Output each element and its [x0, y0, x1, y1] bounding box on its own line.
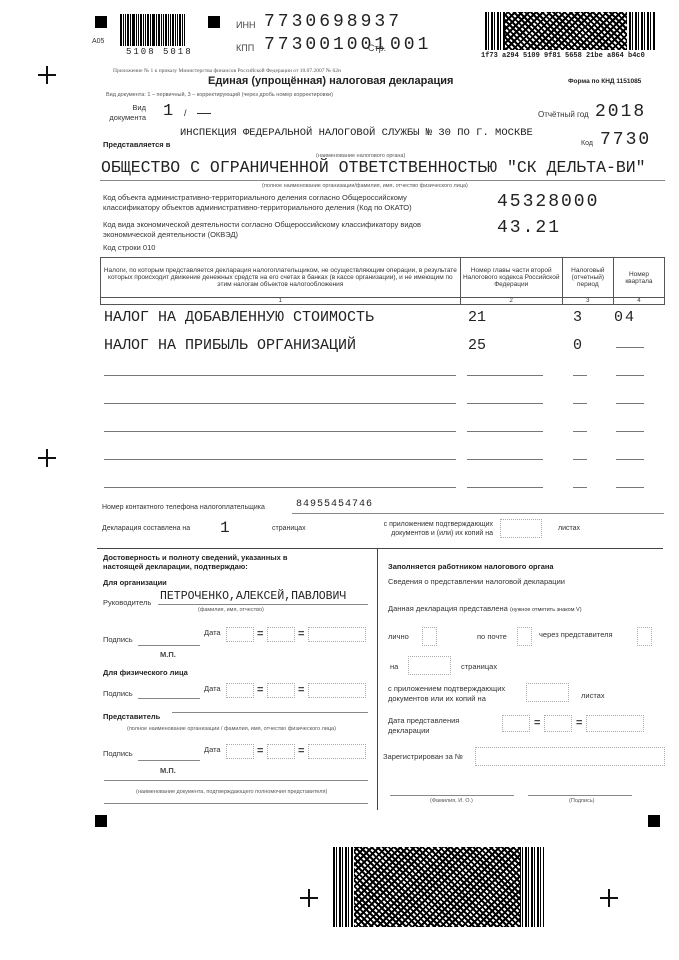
pdf417-barcode-top [485, 12, 655, 50]
col-num-2: 2 [460, 298, 562, 305]
col-num-1: 1 [101, 298, 461, 305]
empty-row-field [616, 403, 644, 404]
phone-underline [292, 513, 664, 514]
date-day-field[interactable] [226, 627, 254, 642]
for-org-label: Для организации [103, 578, 167, 587]
okato-value: 45328000 [497, 192, 599, 212]
date-month-field[interactable] [267, 683, 295, 698]
table-row-period: 3 [573, 309, 582, 326]
head-underline [158, 604, 368, 605]
alignment-mark [95, 16, 107, 28]
date-submit-label: Дата представления декларации [388, 716, 488, 736]
head-caption: (фамилия, имя, отчество) [198, 607, 264, 613]
pages-value: 1 [220, 519, 230, 537]
pages-unit: страницах [461, 662, 497, 671]
confirm-title: Достоверность и полноту сведений, указан… [103, 553, 303, 571]
date-separator: = [257, 745, 263, 757]
doc-type-value: 1 [163, 102, 173, 121]
empty-row-field [104, 459, 456, 460]
report-year-label: Отчётный год [538, 110, 589, 119]
by-mail-label: по почте [477, 632, 507, 641]
table-row-tax: НАЛОГ НА ПРИБЫЛЬ ОРГАНИЗАЦИЙ [104, 337, 356, 354]
bottom-section-border [97, 548, 663, 549]
attach-box[interactable] [526, 683, 569, 702]
submitted-to-value: ИНСПЕКЦИЯ ФЕДЕРАЛЬНОЙ НАЛОГОВОЙ СЛУЖБЫ №… [180, 127, 533, 139]
head-value: ПЕТРОЧЕНКО,АЛЕКСЕЙ,ПАВЛОВИЧ [160, 590, 346, 603]
col-header-quarter: Номер квартала [613, 258, 664, 298]
representative-label: Представитель [103, 712, 160, 721]
empty-row-field [104, 375, 456, 376]
submitted-text: Данная декларация представлена [388, 604, 508, 613]
doc-line [104, 780, 368, 781]
attach-label: с приложением подтверждающих документов … [388, 684, 528, 704]
empty-row-field [467, 431, 543, 432]
tax-table-header: Налоги, по которым представляется деклар… [100, 257, 665, 305]
attach-unit: листах [558, 525, 580, 532]
empty-row-field [573, 431, 587, 432]
doc-type-corr: — [197, 104, 211, 120]
phone-value: 84955454746 [296, 499, 373, 510]
report-year-value: 2018 [595, 102, 646, 122]
date-year-field[interactable] [308, 683, 366, 698]
appendix-note: Приложение № 1 к приказу Министерства фи… [113, 68, 341, 74]
page-value: 001 [390, 35, 431, 55]
date-month-field[interactable] [267, 627, 295, 642]
head-label: Руководитель [103, 598, 151, 607]
table-row-chapter: 25 [468, 337, 486, 354]
empty-row-field [616, 459, 644, 460]
empty-row-field [573, 403, 587, 404]
date-separator: = [298, 628, 304, 640]
tax-office-title: Заполняется работником налогового органа [388, 562, 554, 571]
representative-line [172, 712, 368, 713]
sign-label: Подпись [103, 749, 133, 758]
empty-row-field [104, 403, 456, 404]
phone-label: Номер контактного телефона налогоплатель… [102, 504, 265, 511]
inn-label: ИНН [236, 20, 255, 30]
sign-line [138, 645, 200, 646]
date-month-field[interactable] [267, 744, 295, 759]
tax-office-subtitle: Сведения о представлении налоговой декла… [388, 577, 565, 586]
date-label: Дата [204, 628, 221, 637]
knd-form: Форма по КНД 1151085 [568, 78, 641, 85]
sign-line [138, 698, 200, 699]
table-row-tax: НАЛОГ НА ДОБАВЛЕННУЮ СТОИМОСТЬ [104, 309, 374, 326]
alignment-mark [648, 815, 660, 827]
for-person-label: Для физического лица [103, 668, 188, 677]
doc-type-note: Вид документа: 1 – первичный, 3 – коррек… [106, 92, 333, 98]
stamp-label: М.П. [160, 650, 176, 659]
stamp-label: М.П. [160, 766, 176, 775]
attach-unit: листах [581, 691, 605, 700]
code-value: 7730 [600, 130, 651, 150]
fio-line [390, 795, 514, 796]
org-name-caption: (полное наименование организации/фамилия… [262, 183, 468, 189]
crosshair-mark [38, 449, 56, 467]
date-separator: = [298, 684, 304, 696]
sign-label: Подпись [103, 635, 133, 644]
alignment-mark [208, 16, 220, 28]
okved-value: 43.21 [497, 218, 561, 238]
barcode-1d [120, 14, 186, 46]
date-separator: = [534, 717, 540, 729]
date-day-field[interactable] [226, 744, 254, 759]
registered-label: Зарегистрирован за № [383, 752, 463, 761]
pdf417-barcode-bottom [333, 847, 544, 927]
empty-row-field [573, 459, 587, 460]
empty-row-field [104, 487, 456, 488]
sign-line [528, 795, 632, 796]
table-row-quarter: 04 [614, 309, 636, 326]
date-submit-month[interactable] [544, 715, 572, 732]
crosshair-mark [38, 66, 56, 84]
crosshair-mark [300, 889, 318, 907]
empty-row-field [573, 487, 587, 488]
page-label: Стр. [368, 43, 386, 53]
empty-row-field [573, 375, 587, 376]
pdf-code-text: 1f73 a294 5109 9f81 5658 21be a864 b4c0 [481, 52, 645, 60]
inn-value: 7730698937 [264, 12, 402, 32]
line-code-label: Код строки 010 [103, 243, 155, 252]
table-row-chapter: 21 [468, 309, 486, 326]
col-num-3: 3 [562, 298, 613, 305]
col-header-taxes: Налоги, по которым представляется деклар… [101, 258, 461, 298]
col-header-period: Налоговый (отчетный) период [562, 258, 613, 298]
date-separator: = [576, 717, 582, 729]
submitted-to-label: Представляется в [103, 140, 170, 149]
date-day-field[interactable] [226, 683, 254, 698]
on-label: на [390, 662, 398, 671]
date-separator: = [298, 745, 304, 757]
empty-row-field [616, 431, 644, 432]
date-separator: = [257, 684, 263, 696]
representative-caption: (полное наименование организации / фамил… [127, 726, 336, 732]
via-rep-label: через представителя [539, 630, 613, 639]
alignment-mark [95, 815, 107, 827]
doc-type-sep: / [184, 108, 187, 118]
org-name: ОБЩЕСТВО С ОГРАНИЧЕННОЙ ОТВЕТСТВЕННОСТЬЮ… [101, 158, 646, 177]
date-submit-day[interactable] [502, 715, 530, 732]
by-mail-checkbox[interactable] [517, 627, 532, 646]
fio-caption: (Фамилия, И. О.) [430, 798, 473, 804]
empty-row-field [616, 375, 644, 376]
empty-row-field [467, 403, 543, 404]
crosshair-mark [600, 889, 618, 907]
sign-label: Подпись [103, 689, 133, 698]
bottom-section-divider [377, 548, 378, 810]
date-separator: = [257, 628, 263, 640]
empty-row-field [104, 431, 456, 432]
empty-row-field [467, 459, 543, 460]
date-label: Дата [204, 745, 221, 754]
doc-type-label: Вид документа [108, 103, 146, 123]
kpp-label: КПП [236, 43, 254, 53]
empty-row-field [467, 375, 543, 376]
sign-line [138, 760, 200, 761]
pages-label: Декларация составлена на [102, 525, 190, 532]
table-row-period: 0 [573, 337, 582, 354]
date-year-field[interactable] [308, 744, 366, 759]
in-person-label: лично [388, 632, 409, 641]
submitted-label: Данная декларация представлена (нужное о… [388, 604, 582, 613]
code-label: Код [581, 140, 593, 147]
submitted-note: (нужное отметить знаком V) [510, 607, 582, 613]
date-label: Дата [204, 684, 221, 693]
pages-unit: страницах [272, 525, 306, 532]
col-header-chapter: Номер главы части второй Налогового коде… [460, 258, 562, 298]
via-rep-checkbox[interactable] [637, 627, 652, 646]
attach-label: с приложением подтверждающих документов … [355, 520, 493, 538]
table-row-quarter-empty [616, 347, 644, 348]
barcode-number: 5108 5018 [126, 47, 193, 57]
attach-pages-box[interactable] [500, 519, 542, 538]
doc-caption: (наименование документа, подтверждающего… [136, 789, 327, 795]
empty-row-field [616, 487, 644, 488]
form-code-small: A05 [92, 38, 104, 45]
date-year-field[interactable] [308, 627, 366, 642]
pages-box[interactable] [408, 656, 451, 675]
registered-number-field[interactable] [475, 747, 665, 766]
doc-line [104, 803, 368, 804]
org-name-underline [100, 180, 665, 181]
sign-caption: (Подпись) [569, 798, 594, 804]
okato-label: Код объекта административно-территориаль… [103, 193, 453, 213]
date-submit-year[interactable] [586, 715, 644, 732]
empty-row-field [467, 487, 543, 488]
in-person-checkbox[interactable] [422, 627, 437, 646]
okved-label: Код вида экономической деятельности согл… [103, 220, 453, 240]
form-title: Единая (упрощённая) налоговая декларация [208, 75, 453, 87]
col-num-4: 4 [613, 298, 664, 305]
